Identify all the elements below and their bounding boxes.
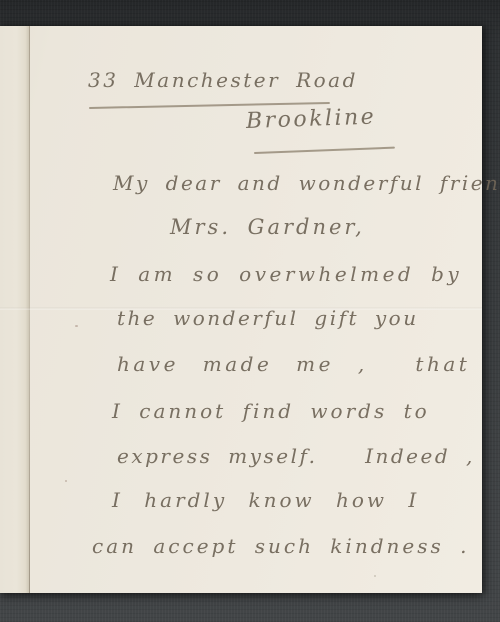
letter-page: 33 Manchester Road Brookline My dear and… [0, 26, 482, 593]
salutation-line-2: Mrs. Gardner, [170, 215, 365, 240]
body-line-2: the wonderful gift you [117, 306, 419, 330]
body-line-5: express myself. Indeed , [117, 444, 475, 468]
salutation-line-1: My dear and wonderful friend, [113, 171, 500, 195]
body-line-4: I cannot find words to [112, 399, 430, 423]
paper-speck [75, 325, 78, 327]
body-line-1: I am so overwhelmed by [110, 262, 462, 286]
paper-speck [65, 480, 67, 482]
address-line-1: 33 Manchester Road [88, 68, 358, 92]
body-line-3: have made me , that [117, 352, 470, 376]
address-line-2: Brookline [246, 104, 377, 135]
paper-speck [374, 575, 376, 577]
body-line-6: I hardly know how I [112, 488, 419, 512]
body-line-7: can accept such kindness . [92, 534, 469, 558]
address-underline-2 [254, 147, 395, 154]
letter-photo: 33 Manchester Road Brookline My dear and… [0, 0, 500, 622]
